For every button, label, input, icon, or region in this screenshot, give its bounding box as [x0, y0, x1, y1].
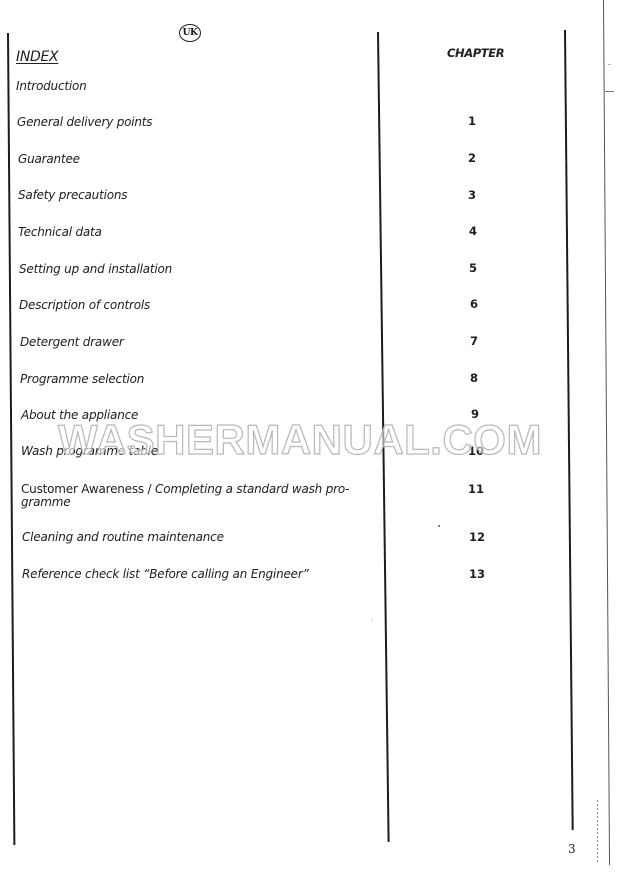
- chapter-number: 7: [459, 334, 489, 348]
- page-number: 3: [568, 842, 576, 856]
- chapter-number: 11: [461, 482, 491, 496]
- uk-country-badge-icon: UK: [179, 24, 201, 42]
- chapter-number: 4: [458, 224, 488, 238]
- chapter-number: 8: [459, 371, 489, 385]
- column-divider-rule: [377, 32, 390, 842]
- chapter-number: 1: [457, 114, 487, 128]
- index-entry-guarantee[interactable]: Guarantee: [18, 153, 80, 166]
- index-entry-about-the-appliance[interactable]: About the appliance: [21, 409, 138, 422]
- index-entry-detergent-drawer[interactable]: Detergent drawer: [20, 336, 124, 349]
- index-entry-introduction[interactable]: Introduction: [16, 80, 87, 93]
- index-entry-general-delivery-points[interactable]: General delivery points: [17, 116, 152, 129]
- chapter-number: 2: [457, 151, 487, 165]
- index-entry-description-of-controls[interactable]: Description of controls: [19, 299, 150, 312]
- index-heading: INDEX: [16, 49, 58, 65]
- chapter-number: 5: [458, 261, 488, 275]
- entry-text-upright: Customer Awareness /: [21, 482, 155, 496]
- scan-speck: [71, 530, 72, 531]
- chapter-column-heading: CHAPTER: [447, 46, 504, 60]
- scan-speck: [438, 525, 440, 527]
- edge-tick-mark: [608, 64, 611, 65]
- index-entry-cleaning-and-routine-maintenance[interactable]: Cleaning and routine maintenance: [22, 531, 224, 544]
- page-edge-dotted-rule: [597, 800, 598, 862]
- index-entry-reference-check-list[interactable]: Reference check list “Before calling an …: [22, 568, 309, 581]
- index-entry-wash-programme-table[interactable]: Wash programme table: [21, 445, 158, 458]
- index-entry-technical-data[interactable]: Technical data: [18, 226, 102, 239]
- left-border-rule: [7, 33, 15, 845]
- chapter-number: 12: [462, 530, 492, 544]
- page-edge-rule: [603, 0, 610, 865]
- entry-text-italic-continued: gramme: [21, 495, 70, 509]
- edge-tick-mark: [605, 91, 614, 92]
- entry-text-italic: Completing a standard wash pro-: [155, 482, 349, 496]
- index-entry-setting-up-and-installation[interactable]: Setting up and installation: [19, 263, 172, 276]
- chapter-number: 3: [457, 188, 487, 202]
- right-border-rule: [564, 30, 574, 830]
- index-entry-programme-selection[interactable]: Programme selection: [20, 373, 144, 386]
- index-entry-customer-awareness[interactable]: Customer Awareness / Completing a standa…: [21, 483, 361, 509]
- manual-index-page: UK INDEX CHAPTER Introduction General de…: [0, 0, 620, 878]
- index-entry-safety-precautions[interactable]: Safety precautions: [18, 189, 127, 202]
- scan-speck: [372, 620, 373, 621]
- chapter-number: 9: [460, 407, 490, 421]
- chapter-number: 10: [461, 444, 491, 458]
- chapter-number: 6: [459, 297, 489, 311]
- chapter-number: 13: [462, 567, 492, 581]
